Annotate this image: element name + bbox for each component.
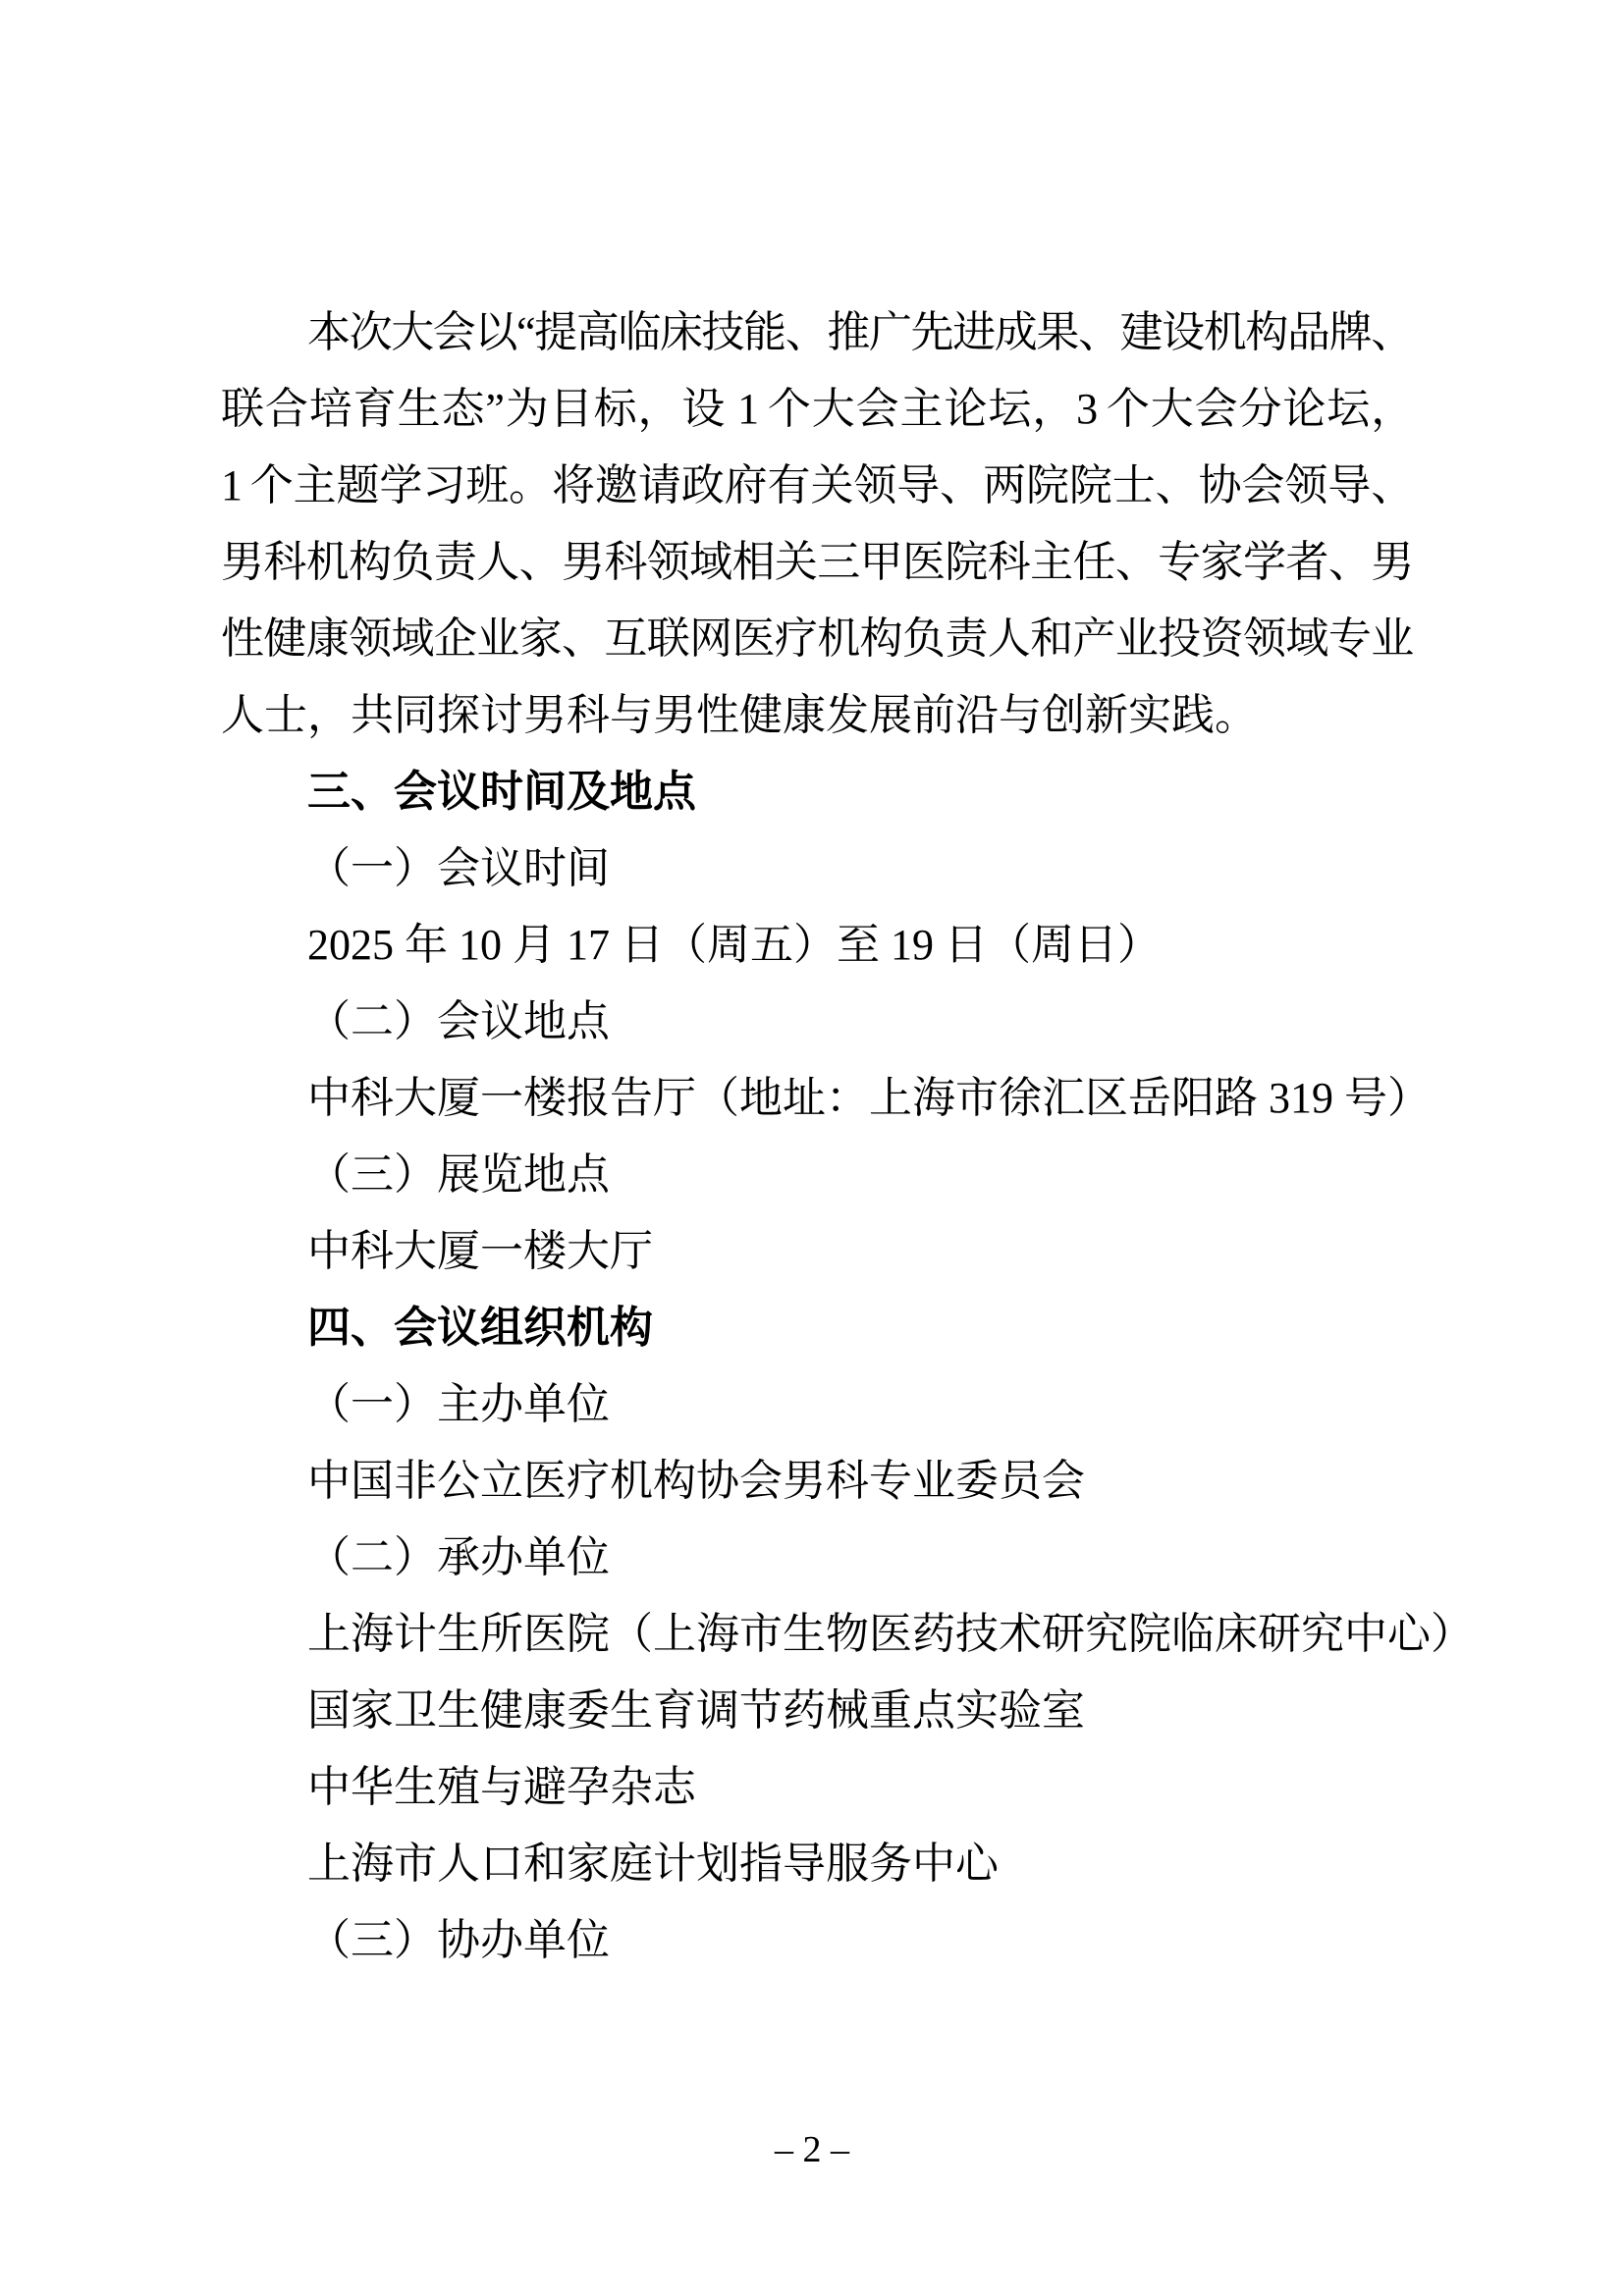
subheading-meeting-time: （一）会议时间 xyxy=(221,830,1507,907)
intro-line-4: 男科机构负责人、男科领域相关三甲医院科主任、专家学者、男 xyxy=(221,524,1411,601)
subheading-co-organizer-unit: （三）协办单位 xyxy=(221,1902,1507,1979)
heading-organization: 四、会议组织机构 xyxy=(221,1290,1507,1366)
subheading-exhibition-location: （三）展览地点 xyxy=(221,1137,1507,1213)
meeting-time-value: 2025 年 10 月 17 日（周五）至 19 日（周日） xyxy=(221,907,1507,984)
intro-line-5: 性健康领域企业家、互联网医疗机构负责人和产业投资领域专业 xyxy=(221,601,1411,677)
organizer-unit-value-1: 上海计生所医院（上海市生物医药技术研究院临床研究中心） xyxy=(221,1596,1507,1673)
organizer-unit-value-2: 国家卫生健康委生育调节药械重点实验室 xyxy=(221,1673,1507,1749)
heading-meeting-time-location: 三、会议时间及地点 xyxy=(221,754,1507,830)
intro-line-6: 人士，共同探讨男科与男性健康发展前沿与创新实践。 xyxy=(221,677,1507,754)
intro-line-2: 联合培育生态”为目标，设 1 个大会主论坛，3 个大会分论坛， xyxy=(221,371,1411,448)
subheading-organizer-unit: （二）承办单位 xyxy=(221,1520,1507,1596)
intro-line-1: 本次大会以“提高临床技能、推广先进成果、建设机构品牌、 xyxy=(221,294,1411,371)
subheading-meeting-location: （二）会议地点 xyxy=(221,984,1507,1060)
organizer-unit-value-4: 上海市人口和家庭计划指导服务中心 xyxy=(221,1826,1507,1902)
document-page: 本次大会以“提高临床技能、推广先进成果、建设机构品牌、 联合培育生态”为目标，设… xyxy=(0,0,1624,2296)
subheading-host-unit: （一）主办单位 xyxy=(221,1366,1507,1443)
intro-line-3: 1 个主题学习班。将邀请政府有关领导、两院院士、协会领导、 xyxy=(221,448,1411,524)
exhibition-location-value: 中科大厦一楼大厅 xyxy=(221,1213,1507,1290)
host-unit-value: 中国非公立医疗机构协会男科专业委员会 xyxy=(221,1443,1507,1520)
page-number: – 2 – xyxy=(0,2130,1624,2169)
organizer-unit-value-3: 中华生殖与避孕杂志 xyxy=(221,1749,1507,1826)
document-body: 本次大会以“提高临床技能、推广先进成果、建设机构品牌、 联合培育生态”为目标，设… xyxy=(221,294,1507,1979)
meeting-location-value: 中科大厦一楼报告厅（地址：上海市徐汇区岳阳路 319 号） xyxy=(221,1060,1507,1137)
